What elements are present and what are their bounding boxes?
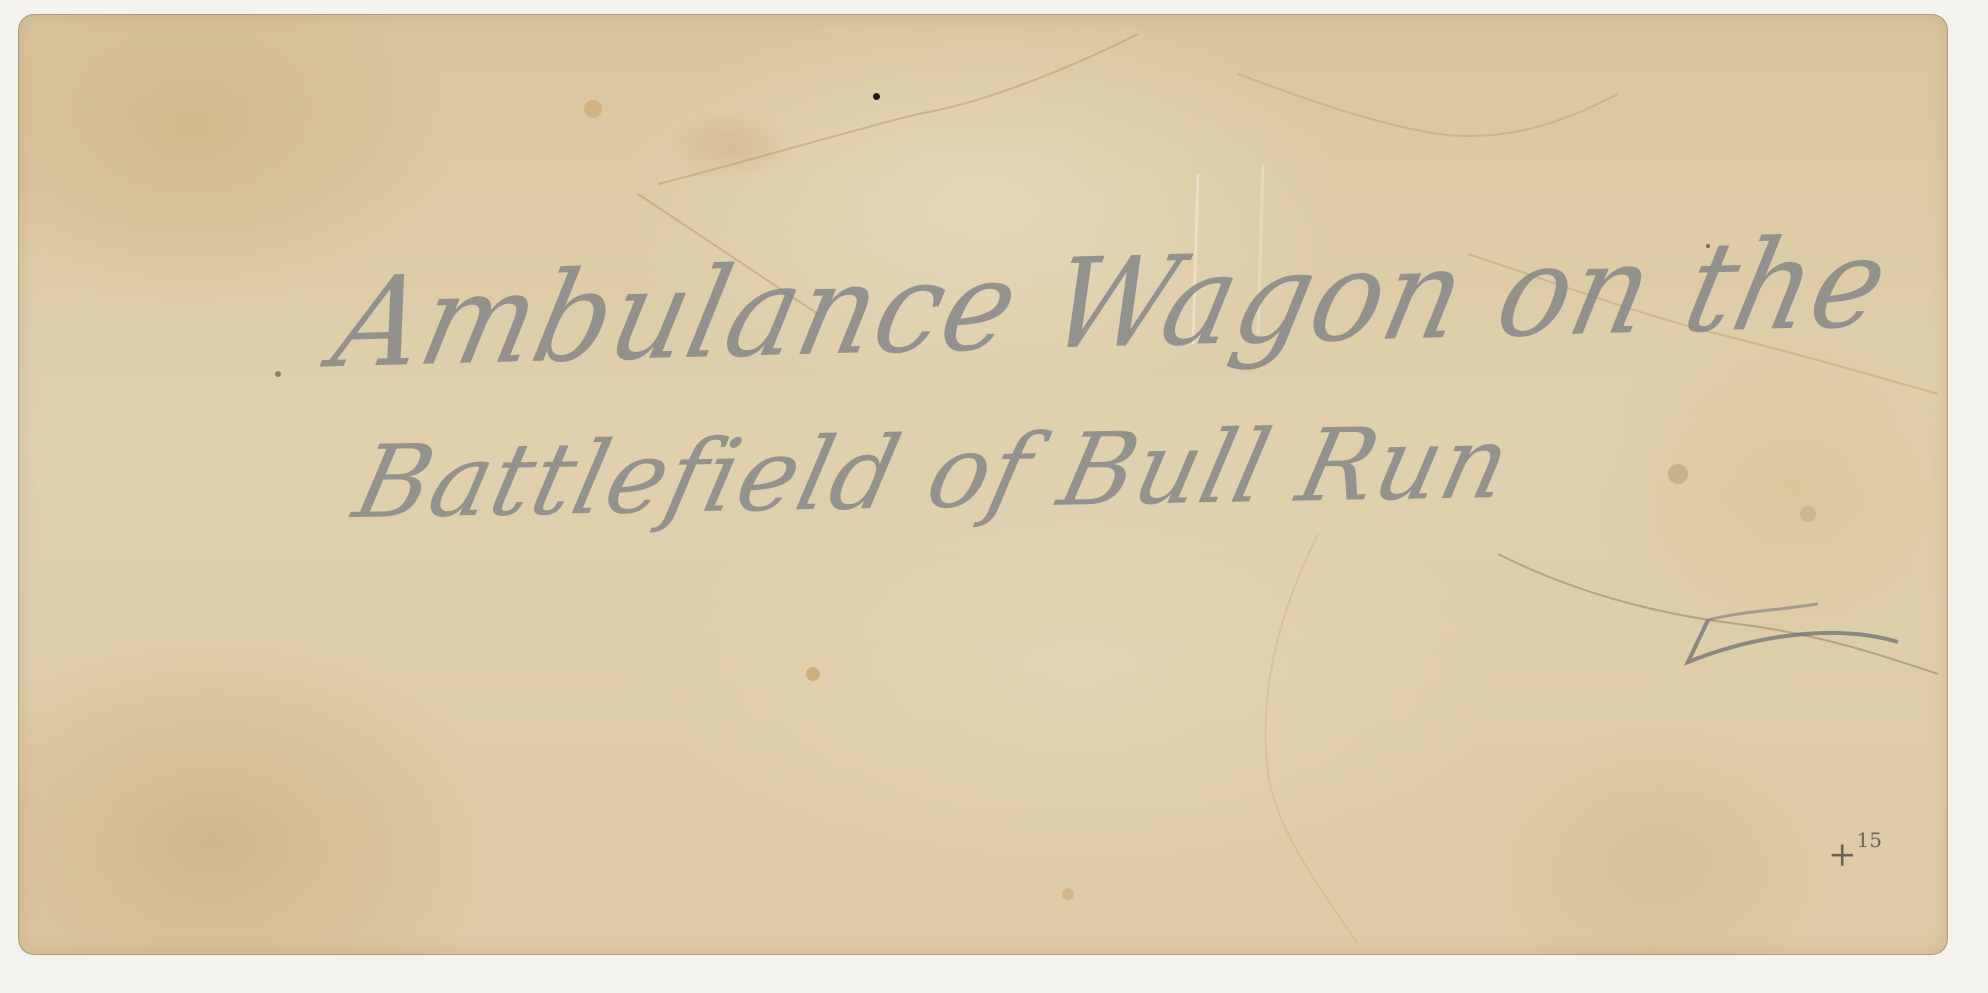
corner-mark-number: 15 <box>1857 828 1882 852</box>
corner-mark-symbol: + <box>1828 834 1857 874</box>
inscription-line-2: Battlefield of Bull Run <box>344 404 1521 542</box>
pin-hole <box>873 93 880 100</box>
photo-card-back: Ambulance Wagon on the Battlefield of Bu… <box>18 14 1948 955</box>
corner-mark: +15 <box>1828 834 1882 874</box>
